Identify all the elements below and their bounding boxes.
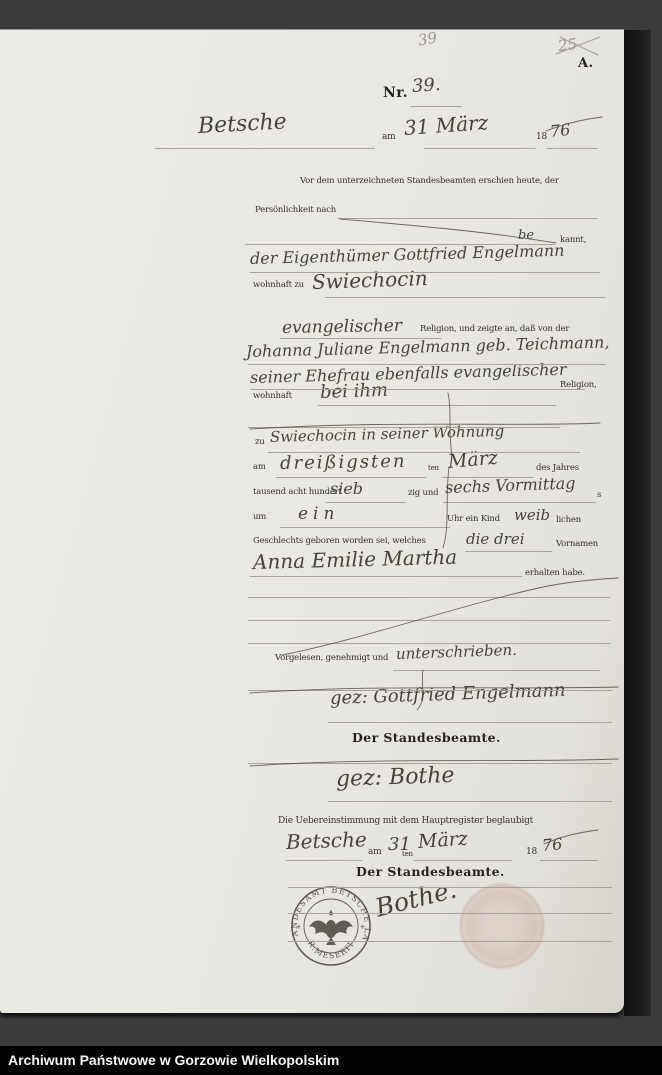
rule-line (280, 338, 442, 339)
birth-place-handwritten: Swiechocin in seiner Wohnung (270, 422, 505, 446)
rule-line (280, 527, 450, 528)
rule-line (328, 722, 612, 723)
archive-name: Archiwum Państwowe w Gorzowie Wielkopols… (0, 1046, 662, 1075)
rule-line (465, 551, 552, 552)
year-handwritten: 76 (549, 120, 571, 141)
rule-line (248, 763, 612, 764)
sex-handwritten: weib (514, 506, 550, 524)
rule-line (248, 643, 610, 644)
date-handwritten: 31 März (403, 110, 489, 140)
year-prefix-label: tausend acht hundert (253, 487, 342, 497)
child-names-handwritten: Anna Emilie Martha (253, 545, 458, 574)
wohnhaft-zu-label: wohnhaft zu (253, 280, 304, 290)
rule-line (276, 477, 426, 478)
am2-label: am (253, 462, 266, 472)
rule-line (248, 620, 610, 621)
religion1-label: Religion, und zeigte an, daß von der (420, 324, 569, 334)
cert-ten-label: ten (402, 850, 413, 858)
erhalten-habe-label: erhalten habe. (525, 568, 585, 578)
rule-line (328, 801, 612, 802)
am-label: am (382, 132, 396, 142)
um-label: um (253, 512, 266, 522)
record-number-label: Nr. (383, 85, 408, 101)
cert-year-printed: 18 (526, 847, 537, 857)
record-number-value: 39. (411, 74, 441, 97)
official-seal: K.PR. STANDESAMT BETSCHE LANDBEZ. KR.MES… (289, 884, 373, 968)
rule-line (325, 297, 606, 298)
rule-line (288, 913, 612, 914)
rule-line (443, 502, 596, 503)
book-gutter-shadow (624, 30, 651, 1016)
document-scan-page: 39 25 A. Nr. 39. Betsche am 31 März 18 7… (0, 30, 624, 1013)
year-part1-handwritten: sieb (330, 479, 363, 498)
registrar-title-1: Der Standesbeamte. (352, 730, 501, 745)
form-letter-a: A. (578, 56, 593, 71)
residence-handwritten: Swiechocin (312, 266, 428, 294)
birth-month-handwritten: März (447, 447, 499, 473)
certification-label: Die Uebereinstimmung mit dem Hauptregist… (278, 816, 533, 826)
zig-und-label: zig und (408, 488, 438, 498)
cert-am-label: am (368, 847, 382, 857)
rule-line (547, 148, 598, 149)
rule-line (155, 148, 375, 149)
cert-place-handwritten: Betsche (286, 827, 368, 854)
registrar-title-2: Der Standesbeamte. (356, 864, 505, 879)
rule-line (248, 364, 606, 365)
archive-scan-viewer: 39 25 A. Nr. 39. Betsche am 31 März 18 7… (0, 0, 662, 1075)
rule-line (540, 860, 598, 861)
rule-line (268, 452, 580, 453)
religion1-handwritten: evangelischer (282, 316, 402, 338)
rule-line (410, 106, 462, 107)
declarant-signature-handwritten: gez: Gottfried Engelmann (330, 680, 566, 709)
rule-line (250, 272, 600, 273)
wohnhaft-handwritten: bei ihm (320, 380, 389, 403)
rule-line (414, 860, 512, 861)
rule-line (288, 941, 612, 942)
pencil-crossed-number: 25 (557, 35, 578, 55)
faint-red-ink-stamp (460, 884, 544, 968)
birth-day-handwritten: dreißigsten (280, 451, 407, 474)
place-handwritten: Betsche (197, 109, 287, 139)
rule-line (250, 389, 585, 390)
rule-line (248, 427, 560, 428)
rule-line (250, 576, 522, 577)
rule-line (442, 477, 534, 478)
seal-ornament-right: ✳ (360, 924, 365, 931)
rule-line (393, 670, 600, 671)
seal-ornament-left: ✳ (296, 924, 301, 931)
rule-line (318, 405, 556, 406)
cert-year-handwritten: 76 (541, 834, 563, 855)
year-printed-prefix: 18 (536, 132, 547, 142)
rule-line (326, 502, 406, 503)
hour-handwritten: ein (298, 504, 339, 524)
intro-line: Vor dem unterzeichneten Standesbeamten e… (300, 176, 559, 186)
uhr-ein-kind-label: Uhr ein Kind (447, 514, 500, 524)
vornamen-label: Vornamen (556, 539, 598, 549)
rule-line (245, 244, 555, 245)
personality-label: Persönlichkeit nach (255, 205, 336, 215)
des-jahres-label: des Jahres (536, 463, 579, 473)
closing-handwritten: unterschrieben. (396, 641, 517, 663)
geschlechts-label: Geschlechts geboren worden sei, welches (253, 536, 426, 546)
final-signature-handwritten: Bothe. (372, 875, 459, 923)
pencil-page-number: 39 (417, 28, 439, 49)
lichen-label: lichen (556, 515, 581, 525)
rule-line (248, 690, 612, 691)
ten-label: ten (428, 464, 439, 472)
s-suffix-label: s (597, 490, 601, 500)
closing-label: Vorgelesen, genehmigt und (275, 653, 388, 663)
rule-line (248, 597, 610, 598)
rule-line (338, 218, 598, 219)
rule-line (286, 860, 362, 861)
wohnhaft-label: wohnhaft (253, 391, 292, 401)
registrar-signature-handwritten: gez: Bothe (336, 763, 455, 792)
archive-footer-bar: Archiwum Państwowe w Gorzowie Wielkopols… (0, 1046, 662, 1075)
rule-line (288, 887, 612, 888)
cert-month-handwritten: März (417, 828, 468, 853)
zu-label: zu (255, 437, 265, 447)
prussian-eagle-emblem (309, 910, 353, 945)
rule-line (424, 148, 536, 149)
names-count-handwritten: die drei (466, 530, 525, 548)
